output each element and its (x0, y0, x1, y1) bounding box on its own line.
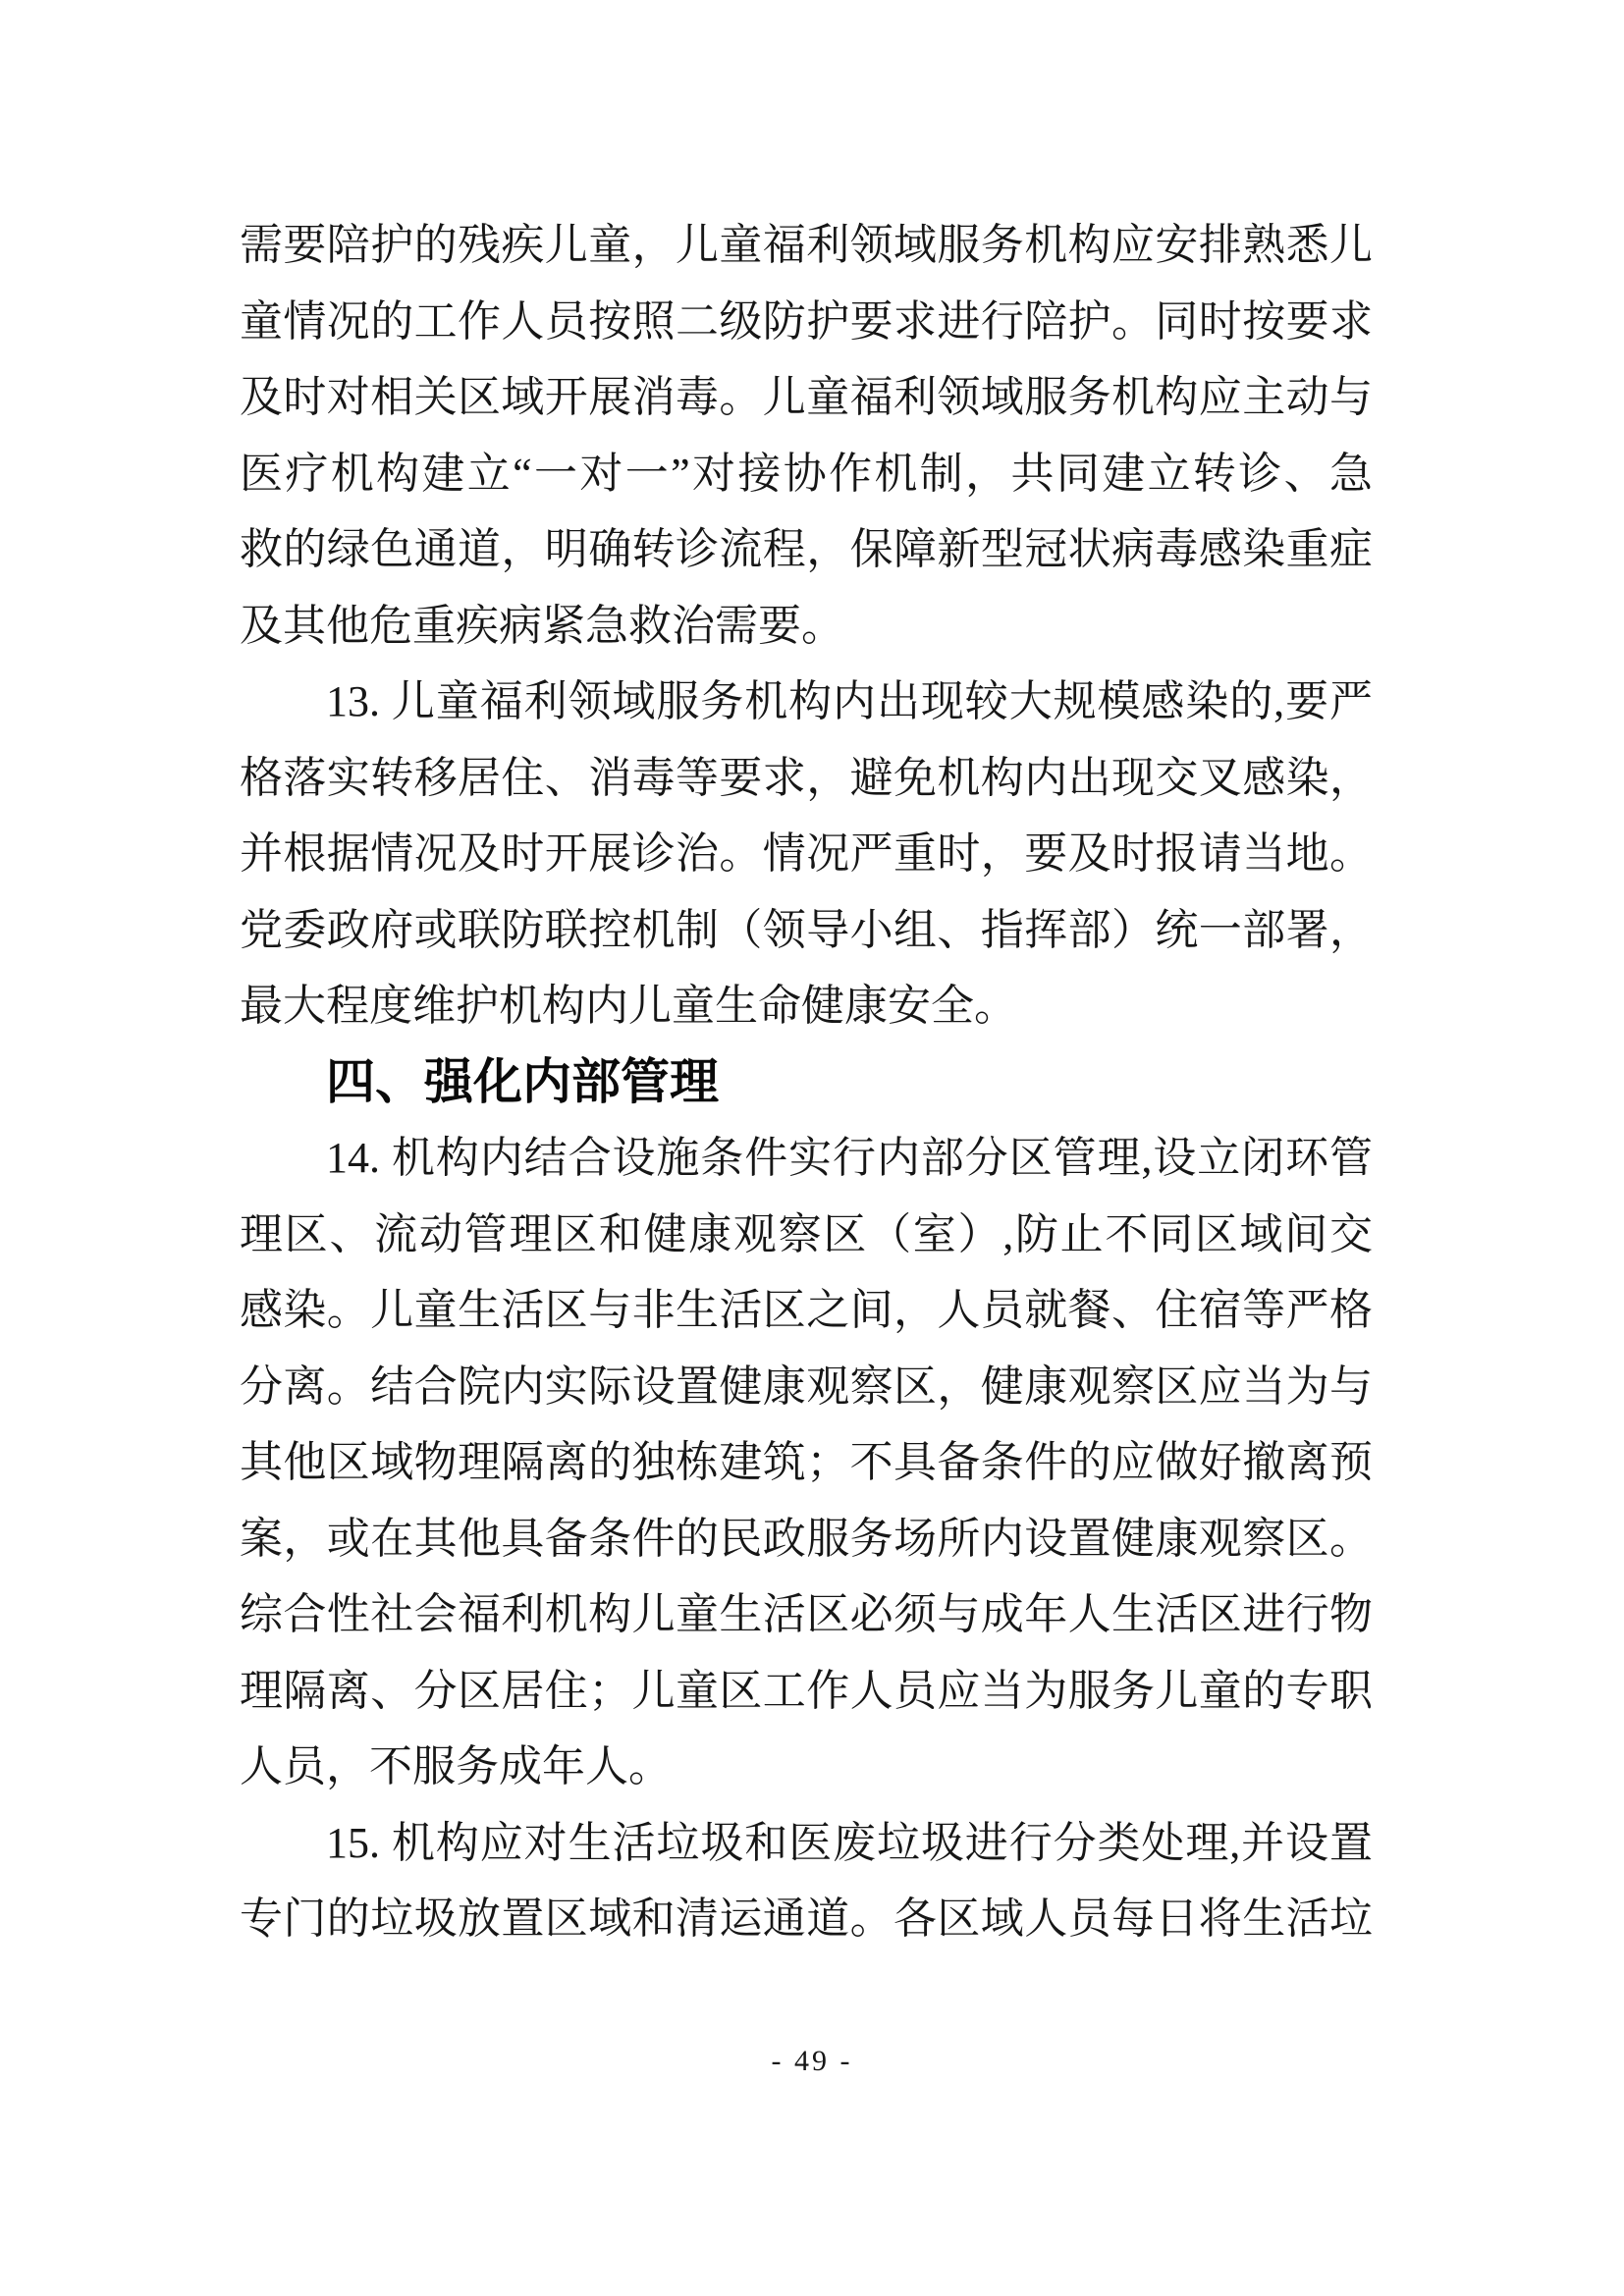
text-line: 及时对相关区域开展消毒。儿童福利领域服务机构应主动与 (240, 359, 1373, 436)
text-line: 案，或在其他具备条件的民政服务场所内设置健康观察区。 (240, 1501, 1373, 1577)
text-line: 13. 儿童福利领域服务机构内出现较大规模感染的,要严 (240, 664, 1373, 740)
section-heading: 四、强化内部管理 (240, 1044, 1373, 1121)
text-line: 童情况的工作人员按照二级防护要求进行陪护。同时按要求 (240, 284, 1373, 360)
text-line: 理隔离、分区居住；儿童区工作人员应当为服务儿童的专职 (240, 1653, 1373, 1730)
text-line: 最大程度维护机构内儿童生命健康安全。 (240, 968, 1373, 1044)
text-line: 14. 机构内结合设施条件实行内部分区管理,设立闭环管 (240, 1120, 1373, 1197)
text-line: 格落实转移居住、消毒等要求，避免机构内出现交叉感染， (240, 740, 1373, 817)
text-line: 及其他危重疾病紧急救治需要。 (240, 588, 1373, 665)
page-number: - 49 - (0, 2045, 1624, 2078)
text-line: 并根据情况及时开展诊治。情况严重时，要及时报请当地。 (240, 816, 1373, 892)
document-page: 需要陪护的残疾儿童，儿童福利领域服务机构应安排熟悉儿童情况的工作人员按照二级防护… (0, 0, 1624, 2296)
text-line: 党委政府或联防联控机制（领导小组、指挥部）统一部署， (240, 892, 1373, 969)
text-line: 分离。结合院内实际设置健康观察区，健康观察区应当为与 (240, 1349, 1373, 1425)
text-line: 理区、流动管理区和健康观察区（室）,防止不同区域间交叉 (240, 1197, 1373, 1273)
text-line: 专门的垃圾放置区域和清运通道。各区域人员每日将生活垃 (240, 1881, 1373, 1957)
text-line: 感染。儿童生活区与非生活区之间，人员就餐、住宿等严格 (240, 1272, 1373, 1349)
text-line: 救的绿色通道，明确转诊流程，保障新型冠状病毒感染重症 (240, 511, 1373, 588)
text-line: 医疗机构建立“一对一”对接协作机制，共同建立转诊、急 (240, 436, 1373, 512)
document-body: 需要陪护的残疾儿童，儿童福利领域服务机构应安排熟悉儿童情况的工作人员按照二级防护… (240, 207, 1373, 1957)
text-line: 人员，不服务成年人。 (240, 1729, 1373, 1805)
text-line: 需要陪护的残疾儿童，儿童福利领域服务机构应安排熟悉儿 (240, 207, 1373, 284)
text-line: 15. 机构应对生活垃圾和医废垃圾进行分类处理,并设置 (240, 1805, 1373, 1882)
text-line: 综合性社会福利机构儿童生活区必须与成年人生活区进行物 (240, 1576, 1373, 1653)
text-line: 其他区域物理隔离的独栋建筑；不具备条件的应做好撤离预 (240, 1424, 1373, 1501)
